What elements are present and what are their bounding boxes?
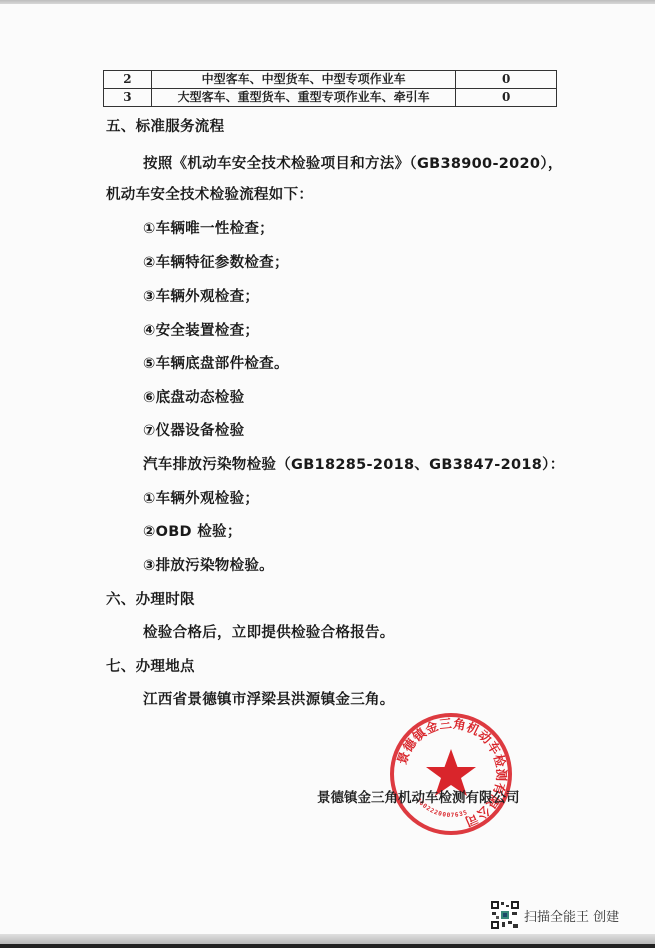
intro-text-continued: 机动车安全技术检验流程如下：: [106, 183, 313, 204]
company-seal-icon: 景德镇金三角机动车检测有限公司 3602220007635: [388, 711, 514, 837]
section-heading-time-limit: 六、办理时限: [106, 588, 195, 609]
fee-value: 0: [456, 89, 557, 107]
row-number: 3: [104, 89, 152, 107]
watermark-text: 扫描全能王 创建: [524, 906, 619, 925]
scanner-watermark: 扫描全能王 创建: [490, 900, 619, 930]
step-item: ②车辆特征参数检查；: [143, 251, 289, 272]
page-bottom-border: [0, 944, 655, 948]
step-item: ③车辆外观检查；: [143, 285, 259, 306]
fee-value: 0: [456, 71, 557, 89]
qr-code-icon: [490, 900, 520, 930]
intro-text: 按照《机动车安全技术检验项目和方法》（GB38900-2020），: [143, 152, 563, 173]
fee-table: 2 中型客车、中型货车、中型专项作业车 0 3 大型客车、重型货车、重型专项作业…: [103, 70, 557, 107]
page-bottom-edge: [0, 934, 655, 944]
emission-step-item: ②OBD 检验；: [143, 520, 242, 541]
table-row: 2 中型客车、中型货车、中型专项作业车 0: [104, 71, 557, 89]
row-number: 2: [104, 71, 152, 89]
step-item: ⑥底盘动态检验: [143, 386, 244, 407]
emission-step-item: ③排放污染物检验。: [143, 554, 274, 575]
table-row: 3 大型客车、重型货车、重型专项作业车、牵引车 0: [104, 89, 557, 107]
emission-heading: 汽车排放污染物检验（GB18285-2018、GB3847-2018）：: [143, 453, 565, 474]
section-heading-location: 七、办理地点: [106, 655, 195, 676]
step-item: ④安全装置检查；: [143, 319, 259, 340]
step-item: ⑤车辆底盘部件检查。: [143, 352, 289, 373]
location-text: 江西省景德镇市浮梁县洪源镇金三角。: [143, 688, 395, 709]
section-heading-service-process: 五、标准服务流程: [106, 115, 224, 136]
vehicle-type: 中型客车、中型货车、中型专项作业车: [151, 71, 456, 89]
step-item: ①车辆唯一性检查；: [143, 217, 274, 238]
vehicle-type: 大型客车、重型货车、重型专项作业车、牵引车: [151, 89, 456, 107]
page-top-edge: [0, 0, 655, 4]
time-limit-text: 检验合格后，立即提供检验合格报告。: [143, 621, 395, 642]
step-item: ⑦仪器设备检验: [143, 419, 244, 440]
company-signature: 景德镇金三角机动车检测有限公司: [317, 786, 520, 806]
emission-step-item: ①车辆外观检验；: [143, 487, 259, 508]
